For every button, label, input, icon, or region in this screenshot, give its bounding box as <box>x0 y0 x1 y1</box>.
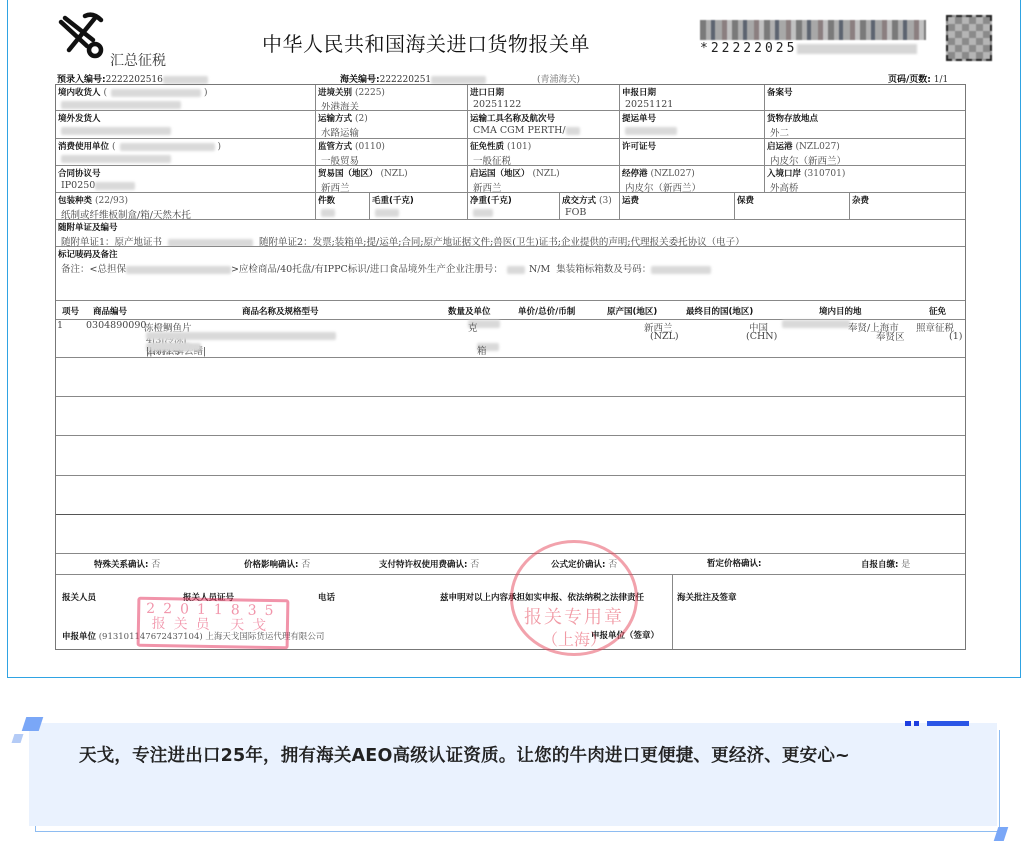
field-entry-port: 进境关别(2225) 外港海关 <box>316 85 468 111</box>
field-supervision: 监管方式(0110) 一般贸易 <box>316 139 468 166</box>
field-net-weight: 净重(千克) <box>468 193 560 220</box>
goods-table-row: 1 0304890090 冻橙鲷鱼片 4|3|冷冻| 去刺去鳞去鳍|||物料号 … <box>56 319 965 359</box>
confirm-provisional-price: 暂定价格确认: <box>707 557 761 569</box>
field-gross-weight: 毛重(千克) <box>370 193 468 220</box>
field-vessel: 运输工具名称及航次号 CMA CGM PERTH/ <box>468 111 620 139</box>
customs-emblem-icon <box>55 10 107 60</box>
field-import-date: 进口日期 20251122 <box>468 85 620 111</box>
document-title: 中华人民共和国海关进口货物报关单 <box>262 28 590 57</box>
col-origin: 原产国(地区) <box>607 305 657 317</box>
field-pieces: 件数 <box>316 193 370 220</box>
declarant-stamp: 22011835 报关员 天戈 <box>137 597 290 650</box>
field-insurance: 保费 <box>735 193 850 220</box>
field-tax-nature: 征免性质(101) 一般征税 <box>468 139 620 166</box>
barcode <box>700 20 926 40</box>
field-origin-country: 启运国（地区）(NZL) 新西兰 <box>468 166 620 193</box>
field-misc-fee: 杂费 <box>850 193 965 220</box>
field-transit-port: 经停港(NZL027) 内皮尔（新西兰） <box>620 166 765 193</box>
customs-declaration-seal: 报关专用章 （上海） <box>510 540 638 656</box>
customs-approval-label: 海关批注及签章 <box>677 591 737 603</box>
field-documents: 随附单证及编号 随附单证1：原产地证书随附单证2：发票;装箱单;提/运单;合同;… <box>56 220 965 247</box>
field-declare-date: 申报日期 20251121 <box>620 85 765 111</box>
field-contract-no: 合同协议号 IP0250 <box>56 166 316 193</box>
phone-label: 电话 <box>318 591 335 603</box>
field-packaging: 包装种类(22/93) 纸制或纤维板制盒/箱/天然木托 <box>56 193 316 220</box>
promo-banner: 天戈，专注进出口25年，拥有海关AEO高级认证资质。让您的牛肉进口更便捷、更经济… <box>29 723 997 826</box>
barcode-number: *22222025 <box>700 41 917 56</box>
confirm-price-influence: 价格影响确认: 否 <box>244 557 310 570</box>
field-deal-terms: 成交方式(3) FOB <box>560 193 620 220</box>
goods-table-header: 项号 商品编号 商品名称及规格型号 数量及单位 单价/总价/币制 原产国(地区)… <box>56 305 965 319</box>
col-tax-mode: 征免 <box>929 305 946 317</box>
declaration-form: 境内收货人() 进境关别(2225) 外港海关 进口日期 20251122 申报… <box>55 84 966 650</box>
field-bill-no: 提运单号 <box>620 111 765 139</box>
field-transport-mode: 运输方式(2) 水路运输 <box>316 111 468 139</box>
field-storage-place: 货物存放地点 外二 <box>765 111 965 139</box>
field-record-no: 备案号 <box>765 85 965 111</box>
field-entry-point: 入境口岸(310701) 外高桥 <box>765 166 965 193</box>
col-domestic-destination: 境内目的地 <box>819 305 862 317</box>
col-qty-unit: 数量及单位 <box>448 305 491 317</box>
field-marks-remarks: 标记唛码及备注 备注：<总担保>应检商品/40托盘/有IPPC标识/进口食品境外… <box>56 247 965 301</box>
col-price: 单价/总价/币制 <box>518 305 575 317</box>
declarant-label: 报关人员 <box>62 591 96 603</box>
field-consignee: 境内收货人() <box>56 85 316 111</box>
field-freight: 运费 <box>620 193 735 220</box>
field-departure-port: 启运港(NZL027) 内皮尔（新西兰） <box>765 139 965 166</box>
qr-code <box>946 15 992 61</box>
field-consumer-unit: 消费使用单位() <box>56 139 316 166</box>
confirm-royalty: 支付特许权使用费确认: 否 <box>379 557 479 570</box>
col-final-destination: 最终目的国(地区) <box>686 305 753 317</box>
banner-decoration-top-left-small <box>12 734 24 743</box>
field-trade-country: 贸易国（地区）(NZL) 新西兰 <box>316 166 468 193</box>
confirmation-row: 特殊关系确认: 否 价格影响确认: 否 支付特许权使用费确认: 否 公式定价确认… <box>56 557 965 573</box>
field-license-no: 许可证号 <box>620 139 765 166</box>
field-overseas-shipper: 境外发货人 <box>56 111 316 139</box>
col-goods-name: 商品名称及规格型号 <box>242 305 319 317</box>
banner-decoration-top-right <box>905 721 969 726</box>
col-item-no: 项号 <box>62 305 79 317</box>
col-hs-code: 商品编号 <box>93 305 127 317</box>
confirm-self-declare: 自报自缴: 是 <box>861 557 910 570</box>
logo-subtitle: 汇总征税 <box>110 50 166 70</box>
confirm-special-relation: 特殊关系确认: 否 <box>94 557 160 570</box>
